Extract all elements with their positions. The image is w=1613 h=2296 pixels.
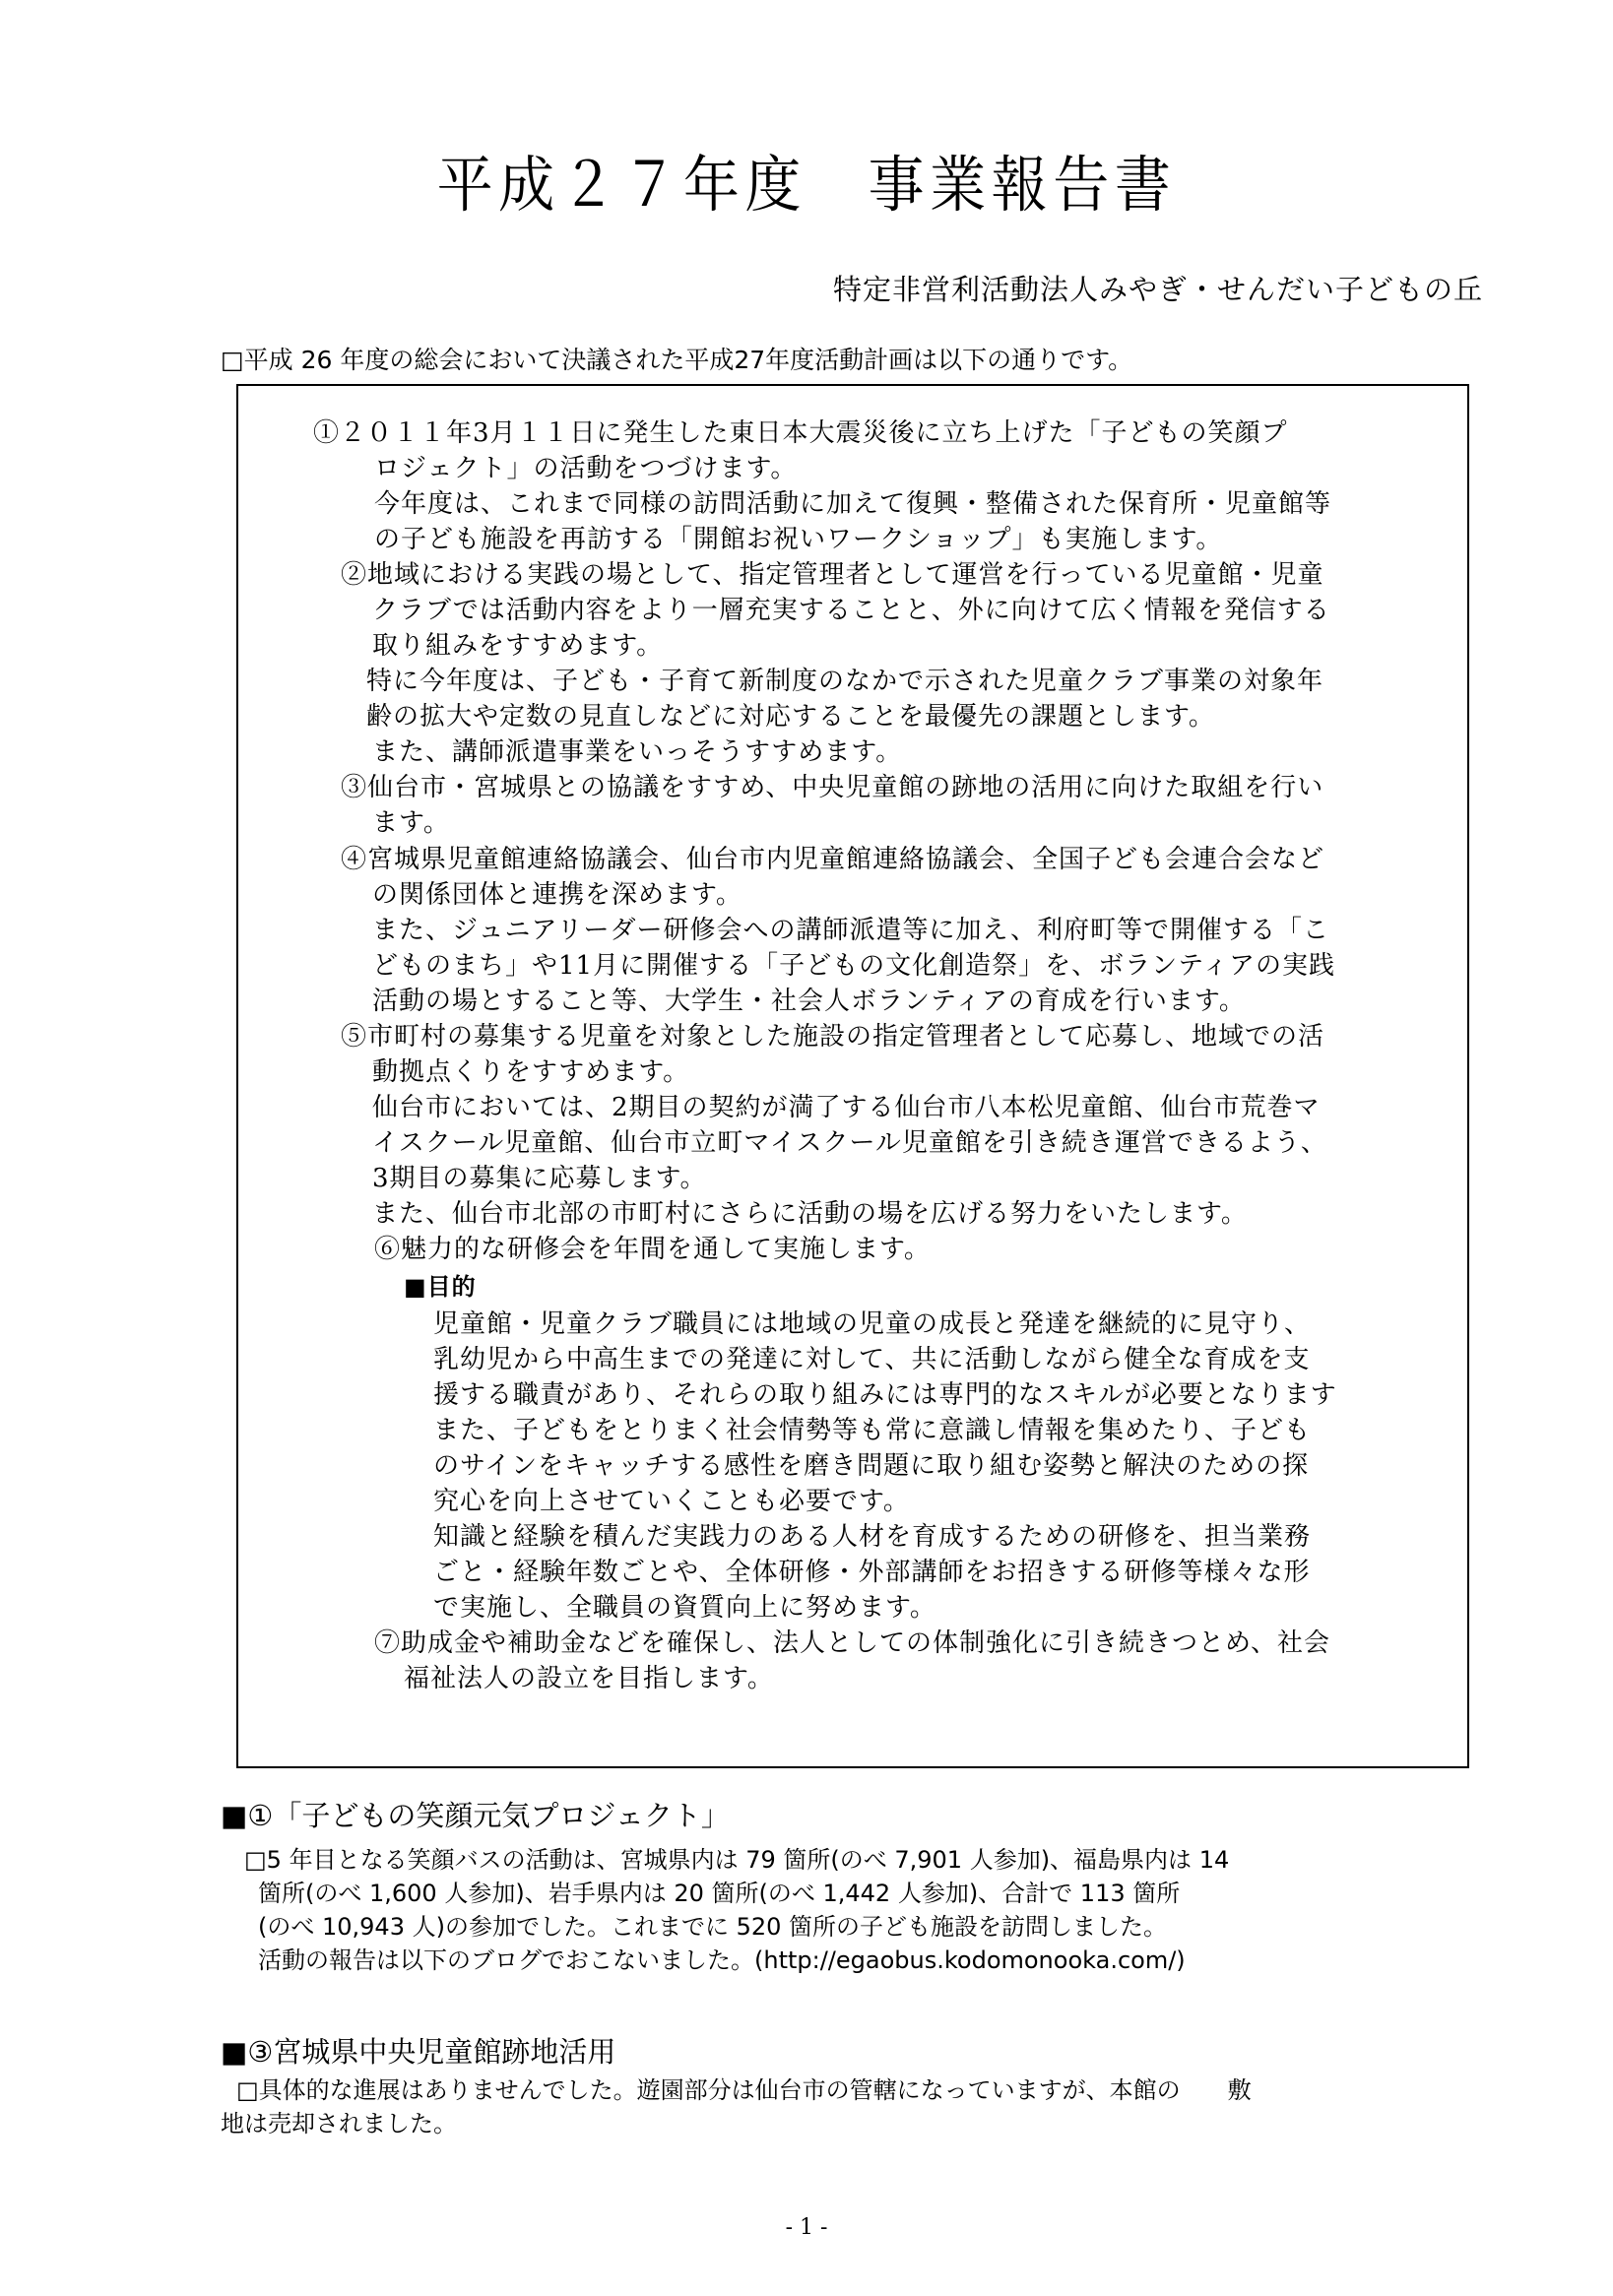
plan-line: イスクール児童館、仙台市立町マイスクール児童館を引き続き運営できるよう、 [372, 1125, 1327, 1161]
plan-line: また、ジュニアリーダー研修会への講師派遣等に加え、利府町等で開催する「こ [372, 913, 1329, 948]
plan-line: 動拠点くりをすすめます。 [372, 1054, 689, 1090]
plan-line: 乳幼児から中高生までの発達に対して、共に活動しながら健全な育成を支 [433, 1342, 1310, 1377]
plan-line: 援する職責があり、それらの取り組みには専門的なスキルが必要となります [433, 1377, 1337, 1413]
plan-line: のサインをキャッチする感性を磨き問題に取り組む姿勢と解決のための探 [433, 1448, 1309, 1484]
section-line: (のべ 10,943 人)の参加でした。これまでに 520 箇所の子ども施設を訪… [258, 1910, 1167, 1944]
section-line: 地は売却されました。 [221, 2107, 457, 2140]
plan-line: ごと・経験年数ごとや、全体研修・外部講師をお招きする研修等様々な形 [433, 1555, 1310, 1590]
plan-line: 活動の場とすること等、大学生・社会人ボランティアの育成を行います。 [372, 984, 1246, 1019]
plan-line: 3期目の募集に応募します。 [372, 1161, 706, 1196]
plan-line: 今年度は、これまで同様の訪問活動に加えて復興・整備された保育所・児童館等 [374, 486, 1331, 522]
section-line: □具体的な進展はありませんでした。遊園部分は仙台市の管轄になっていますが、本館の… [236, 2073, 1252, 2107]
plan-line: どものまち」や11月に開催する「子どもの文化創造祭」を、ボランティアの実践 [372, 948, 1335, 984]
plan-line: また、講師派遣事業をいっそうすすめます。 [372, 734, 902, 770]
section-heading-smile-project: ■①「子どもの笑顔元気プロジェクト」 [221, 1794, 730, 1834]
plan-line: 知識と経験を積んだ実践力のある人材を育成するための研修を、担当業務 [433, 1519, 1311, 1555]
plan-line: の子ども施設を再訪する「開館お祝いワークショップ」も実施します。 [374, 522, 1222, 557]
plan-line: 取り組みをすすめます。 [372, 628, 663, 664]
plan-line: ②地域における実践の場として、指定管理者として運営を行っている児童館・児童 [341, 557, 1323, 593]
plan-line: クラブでは活動内容をより一層充実することと、外に向けて広く情報を発信する [372, 593, 1330, 628]
plan-line: 児童館・児童クラブ職員には地域の児童の成長と発達を継続的に見守り、 [433, 1307, 1311, 1342]
plan-line: 特に今年度は、子ども・子育て新制度のなかで示された児童クラブ事業の対象年 [366, 664, 1323, 699]
plan-line: で実施し、全職員の資質向上に努めます。 [433, 1590, 936, 1626]
purpose-heading: ■目的 [404, 1269, 477, 1305]
plan-line: ③仙台市・宮城県との協議をすすめ、中央児童館の跡地の活用に向けた取組を行い [341, 770, 1323, 805]
intro-text: □平成 26 年度の総会において決議された平成27年度活動計画は以下の通りです。 [221, 341, 1132, 376]
section-line: □5 年目となる笑顔バスの活動は、宮城県内は 79 箇所(のべ 7,901 人参… [244, 1843, 1229, 1877]
plan-line: ⑤市町村の募集する児童を対象とした施設の指定管理者として応募し、地域での活 [341, 1019, 1324, 1054]
plan-line: 齢の拡大や定数の見直しなどに対応することを最優先の課題とします。 [366, 699, 1215, 734]
plan-line: 究心を向上させていくことも必要です。 [433, 1484, 910, 1519]
plan-line: ⑥魅力的な研修会を年間を通して実施します。 [374, 1232, 931, 1267]
document-page: 平成２７年度 事業報告書 特定非営利活動法人みやぎ・せんだい子どもの丘 □平成 … [0, 0, 1613, 2296]
plan-line: また、仙台市北部の市町村にさらに活動の場を広げる努力をいたします。 [372, 1196, 1248, 1232]
plan-line: また、子どもをとりまく社会情勢等も常に意識し情報を集めたり、子ども [433, 1413, 1311, 1448]
plan-line: ④宮城県児童館連絡協議会、仙台市内児童館連絡協議会、全国子ども会連合会など [341, 842, 1324, 877]
plan-line: ます。 [372, 805, 450, 841]
plan-line: ロジェクト」の活動をつづけます。 [374, 451, 797, 486]
plan-line: ⑦助成金や補助金などを確保し、法人としての体制強化に引き続きつとめ、社会 [374, 1626, 1330, 1661]
page-number: - 1 - [0, 2215, 1613, 2240]
blog-link-line[interactable]: 活動の報告は以下のブログでおこないました。(http://egaobus.kod… [258, 1944, 1186, 1977]
section-line: 箇所(のべ 1,600 人参加)、岩手県内は 20 箇所(のべ 1,442 人参… [258, 1877, 1180, 1910]
plan-line: ①２０１１年3月１１日に発生した東日本大震災後に立ち上げた「子どもの笑顔プ [313, 415, 1288, 451]
document-title: 平成２７年度 事業報告書 [65, 136, 1549, 223]
section-heading-central-childrens-hall: ■③宮城県中央児童館跡地活用 [221, 2030, 615, 2071]
organization-name: 特定非営利活動法人みやぎ・せんだい子どもの丘 [833, 268, 1483, 308]
plan-line: の関係団体と連携を深めます。 [372, 877, 742, 913]
plan-line: 仙台市においては、2期目の契約が満了する仙台市八本松児童館、仙台市荒巻マ [372, 1090, 1321, 1125]
plan-line: 福祉法人の設立を目指します。 [404, 1661, 774, 1696]
